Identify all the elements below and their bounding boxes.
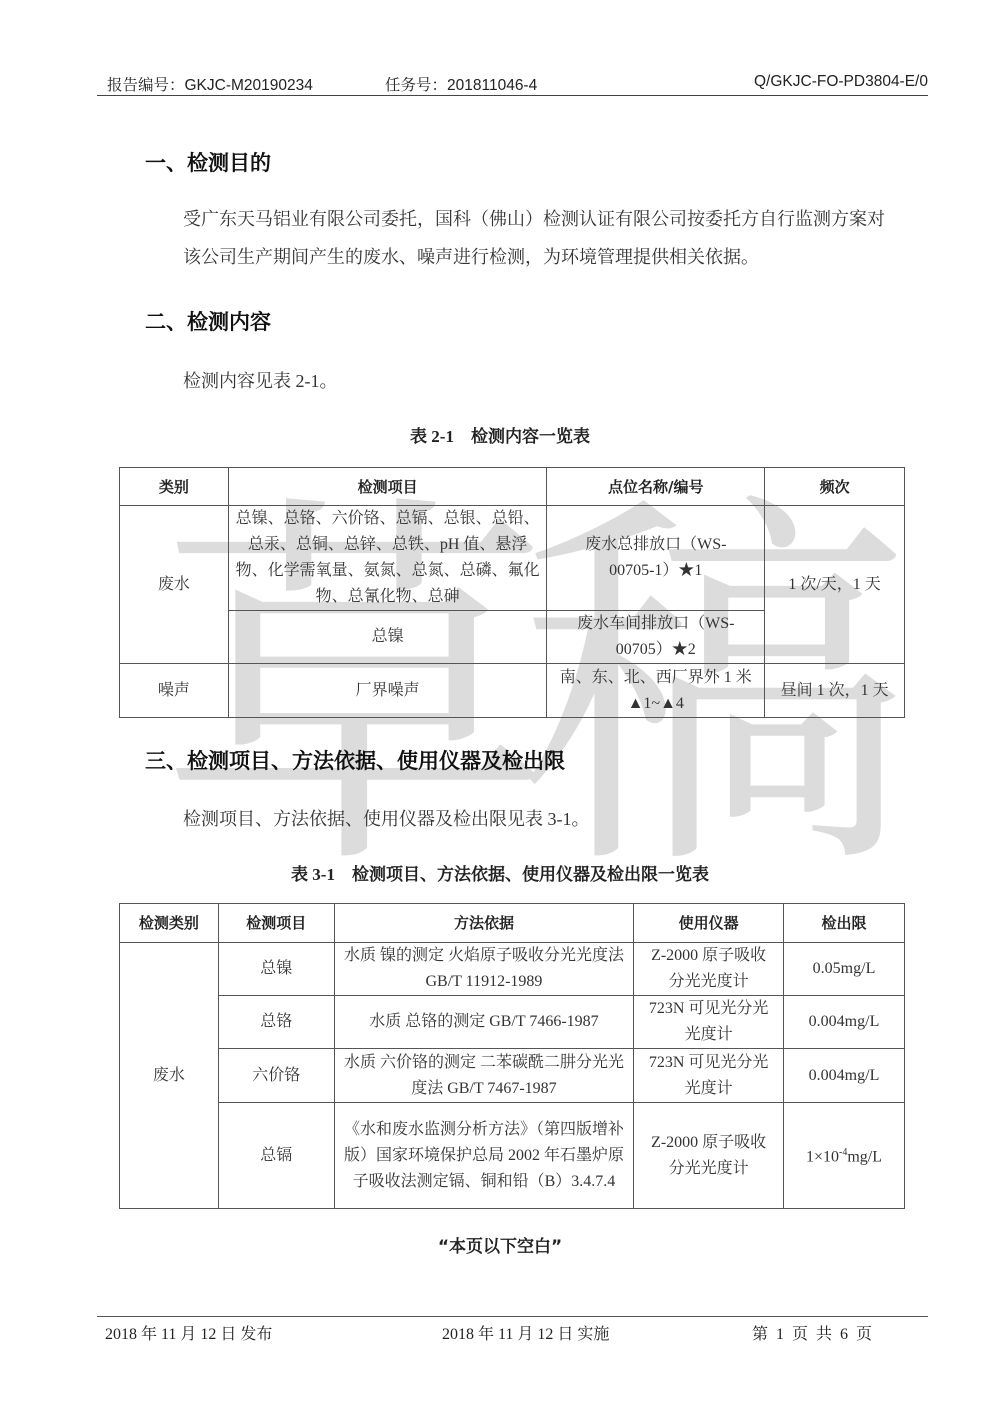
table-row: 六价铬 水质 六价铬的测定 二苯碳酰二肼分光光度法 GB/T 7467-1987… xyxy=(120,1049,905,1103)
issue-date: 2018 年 11 月 12 日 发布 xyxy=(105,1321,272,1344)
cell-items: 总镍、总铬、六价铬、总镉、总银、总铅、总汞、总铜、总锌、总铁、pH 值、悬浮物、… xyxy=(228,506,547,611)
section-1-title: 一、检测目的 xyxy=(145,147,271,177)
document-page: 报告编号：GKJC-M20190234 任务号：201811046-4 Q/GK… xyxy=(0,0,1000,1414)
report-number: 报告编号：GKJC-M20190234 xyxy=(107,73,313,95)
cell-instrument: 723N 可见光分光光度计 xyxy=(634,1049,784,1103)
cell-point: 南、东、北、西厂界外 1 米 ▲1~▲4 xyxy=(547,664,765,718)
table-3-1: 检测类别 检测项目 方法依据 使用仪器 检出限 废水 总镍 水质 镍的测定 火焰… xyxy=(119,903,905,1209)
section-2-title: 二、检测内容 xyxy=(145,306,271,336)
header-method: 方法依据 xyxy=(334,904,634,943)
section-3-text: 检测项目、方法依据、使用仪器及检出限见表 3-1。 xyxy=(145,800,885,838)
document-code: Q/GKJC-FO-PD3804-E/0 xyxy=(754,73,928,91)
section-2-body: 检测内容见表 2-1。 xyxy=(145,362,885,400)
header-category: 类别 xyxy=(120,468,229,506)
section-3-body: 检测项目、方法依据、使用仪器及检出限见表 3-1。 xyxy=(145,800,885,838)
section-1-text: 受广东天马铝业有限公司委托，国科（佛山）检测认证有限公司按委托方自行监测方案对该… xyxy=(145,200,885,276)
table-2-1: 类别 检测项目 点位名称/编号 频次 废水 总镍、总铬、六价铬、总镉、总银、总铅… xyxy=(119,467,905,718)
header-test-item: 检测项目 xyxy=(218,904,334,943)
table-header-row: 检测类别 检测项目 方法依据 使用仪器 检出限 xyxy=(120,904,905,943)
page-header: 报告编号：GKJC-M20190234 任务号：201811046-4 Q/GK… xyxy=(97,60,928,96)
task-number: 任务号：201811046-4 xyxy=(385,73,537,95)
cell-category: 废水 xyxy=(120,506,229,664)
cell-test-item: 总铬 xyxy=(218,996,334,1049)
table-row: 总镉 《水和废水监测分析方法》（第四版增补版）国家环境保护总局 2002 年石墨… xyxy=(120,1103,905,1209)
header-frequency: 频次 xyxy=(765,468,905,506)
section-2-text: 检测内容见表 2-1。 xyxy=(145,362,885,400)
cell-items: 厂界噪声 xyxy=(228,664,547,718)
cell-test-item: 总镍 xyxy=(218,943,334,996)
section-3-title: 三、检测项目、方法依据、使用仪器及检出限 xyxy=(145,745,565,775)
cell-method: 水质 镍的测定 火焰原子吸收分光光度法 GB/T 11912-1989 xyxy=(334,943,634,996)
cell-point: 废水总排放口（WS-00705-1）★1 xyxy=(547,506,765,611)
effective-date: 2018 年 11 月 12 日 实施 xyxy=(442,1321,609,1344)
page-footer: 2018 年 11 月 12 日 发布 2018 年 11 月 12 日 实施 … xyxy=(97,1316,928,1317)
table-header-row: 类别 检测项目 点位名称/编号 频次 xyxy=(120,468,905,506)
header-detection-limit: 检出限 xyxy=(784,904,905,943)
cell-detection-limit: 0.004mg/L xyxy=(784,1049,905,1103)
cell-frequency: 1 次/天，1 天 xyxy=(765,506,905,664)
table-row: 废水 总镍 水质 镍的测定 火焰原子吸收分光光度法 GB/T 11912-198… xyxy=(120,943,905,996)
page-number: 第 1 页 共 6 页 xyxy=(752,1321,874,1344)
cell-frequency: 昼间 1 次，1 天 xyxy=(765,664,905,718)
cell-instrument: Z-2000 原子吸收分光光度计 xyxy=(634,943,784,996)
limit-unit: mg/L xyxy=(847,1149,882,1166)
cell-detection-limit: 1×10-4mg/L xyxy=(784,1103,905,1209)
cell-method: 《水和废水监测分析方法》（第四版增补版）国家环境保护总局 2002 年石墨炉原子… xyxy=(334,1103,634,1209)
table-row: 噪声 厂界噪声 南、东、北、西厂界外 1 米 ▲1~▲4 昼间 1 次，1 天 xyxy=(120,664,905,718)
cell-items: 总镍 xyxy=(228,611,547,664)
header-test-category: 检测类别 xyxy=(120,904,219,943)
table-row: 废水 总镍、总铬、六价铬、总镉、总银、总铅、总汞、总铜、总锌、总铁、pH 值、悬… xyxy=(120,506,905,611)
header-point: 点位名称/编号 xyxy=(547,468,765,506)
table-3-1-caption: 表 3-1 检测项目、方法依据、使用仪器及检出限一览表 xyxy=(0,860,1000,885)
table-row: 总铬 水质 总铬的测定 GB/T 7466-1987 723N 可见光分光光度计… xyxy=(120,996,905,1049)
header-items: 检测项目 xyxy=(228,468,547,506)
cell-detection-limit: 0.004mg/L xyxy=(784,996,905,1049)
cell-method: 水质 总铬的测定 GB/T 7466-1987 xyxy=(334,996,634,1049)
header-instrument: 使用仪器 xyxy=(634,904,784,943)
cell-method: 水质 六价铬的测定 二苯碳酰二肼分光光度法 GB/T 7467-1987 xyxy=(334,1049,634,1103)
table-2-1-caption: 表 2-1 检测内容一览表 xyxy=(0,422,1000,447)
cell-instrument: 723N 可见光分光光度计 xyxy=(634,996,784,1049)
cell-category: 噪声 xyxy=(120,664,229,718)
cell-point: 废水车间排放口（WS-00705）★2 xyxy=(547,611,765,664)
cell-instrument: Z-2000 原子吸收分光光度计 xyxy=(634,1103,784,1209)
limit-base: 1×10 xyxy=(806,1149,839,1166)
cell-test-category: 废水 xyxy=(120,943,219,1209)
blank-page-note: “本页以下空白” xyxy=(0,1232,1000,1257)
cell-detection-limit: 0.05mg/L xyxy=(784,943,905,996)
section-1-body: 受广东天马铝业有限公司委托，国科（佛山）检测认证有限公司按委托方自行监测方案对该… xyxy=(145,200,885,276)
cell-test-item: 六价铬 xyxy=(218,1049,334,1103)
cell-test-item: 总镉 xyxy=(218,1103,334,1209)
